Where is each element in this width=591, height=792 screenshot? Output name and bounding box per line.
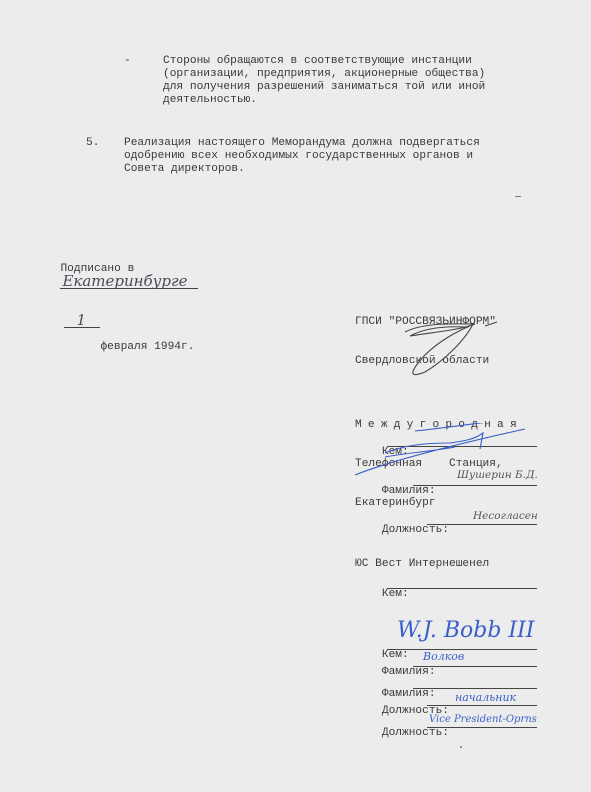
by-row: Кем: W.J. Bobb III — [355, 636, 489, 649]
day-blank: 1 — [64, 315, 100, 328]
signature-handwriting: W.J. Bobb III — [397, 624, 535, 637]
surname-line — [413, 687, 537, 689]
org-name: ГПСИ "РОССВЯЗЬИНФОРМ" — [355, 316, 496, 329]
signature-scribble-icon — [355, 423, 535, 483]
item-number: 5. — [86, 137, 99, 150]
surname-label: Фамилия: — [382, 688, 436, 700]
city-handwriting: Екатеринбурге — [62, 275, 187, 288]
day-handwriting: 1 — [76, 314, 86, 327]
org-region: Свердловской области — [355, 355, 496, 368]
signed-line: Подписано в Екатеринбурге 1 февраля 1994… — [47, 250, 198, 354]
bullet-marker: - — [124, 55, 131, 68]
org-city: Екатеринбург — [355, 497, 523, 510]
paragraph-line: Стороны обращаются в соответствующие инс… — [163, 55, 485, 68]
paragraph-line: (организации, предприятия, акционерные о… — [163, 68, 485, 81]
surname-row: Фамилия: — [355, 675, 489, 688]
signed-month-year: февраля 1994г. — [100, 341, 194, 353]
paragraph-line: Реализация настоящего Меморандума должна… — [124, 137, 480, 150]
position-label: Должность: — [382, 727, 449, 739]
city-blank: Екатеринбурге — [60, 276, 198, 289]
signatory-block-us-west-international: ЮС Вест Интернешенел Кем: W.J. Bobb III … — [355, 532, 489, 740]
position-handwriting: Vice President-Oprns — [429, 713, 537, 726]
paragraph-line: деятельностью. — [163, 94, 485, 107]
paragraph-line: для получения разрешений заниматься той … — [163, 81, 485, 94]
org-name-line-1: Междугородная — [355, 419, 523, 432]
bullet-paragraph: Стороны обращаются в соответствующие инс… — [163, 55, 485, 107]
signature-line — [387, 648, 537, 650]
position-line — [427, 726, 537, 728]
paper-speck — [515, 196, 521, 197]
paper-speck — [460, 746, 462, 748]
org-name: ЮС Вест Интернешенел — [355, 558, 489, 571]
org-name-line-2: Телефонная Станция, — [355, 458, 523, 471]
by-label: Кем: — [382, 649, 409, 661]
paragraph-line: Совета директоров. — [124, 163, 480, 176]
position-row: Должность: Vice President-Oprns — [355, 714, 489, 727]
numbered-paragraph: Реализация настоящего Меморандума должна… — [124, 137, 480, 176]
paragraph-line: одобрению всех необходимых государственн… — [124, 150, 480, 163]
